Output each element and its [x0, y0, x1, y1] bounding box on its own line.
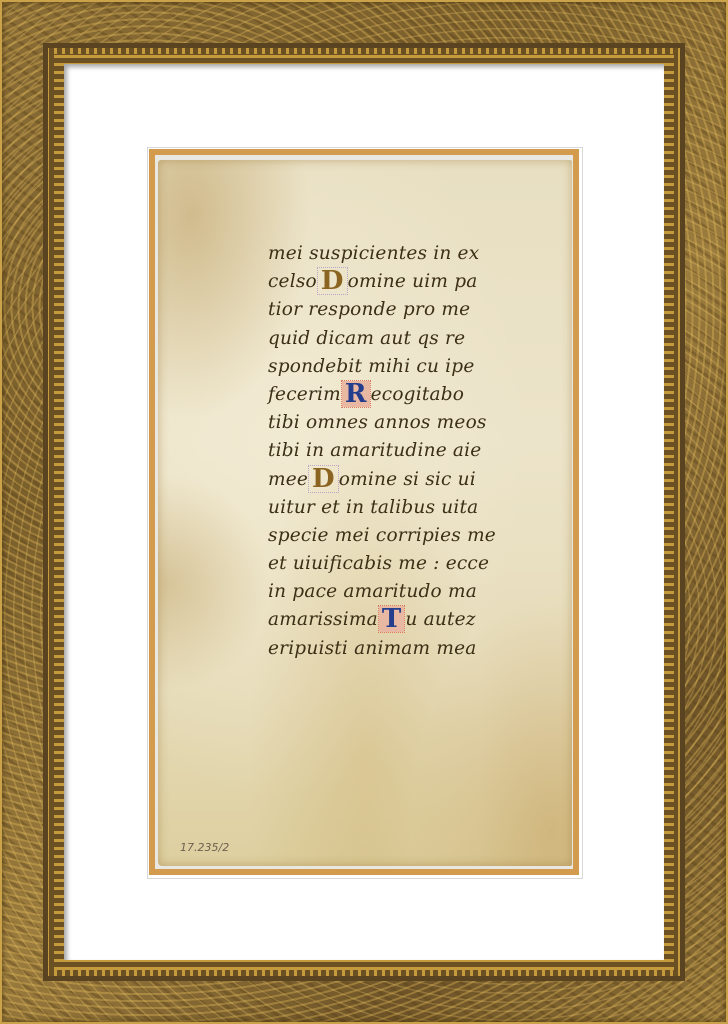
line-text-continued: omine uim pa	[348, 271, 478, 292]
manuscript-line: specie mei corripies me	[268, 522, 548, 550]
manuscript-line: meeDomine si sic ui	[268, 466, 548, 494]
line-text: uitur et in talibus uita	[268, 497, 478, 518]
manuscript-line: tibi in amaritudine aie	[268, 437, 548, 465]
manuscript-line: quid dicam aut qs re	[268, 325, 548, 353]
line-text-continued: ecogitabo	[371, 384, 464, 405]
line-text: tibi in amaritudine aie	[268, 440, 481, 461]
manuscript-line: amarissimaTu autez	[268, 606, 548, 634]
line-text-continued: u autez	[405, 609, 475, 630]
manuscript-text: mei suspicientes in excelsoDomine uim pa…	[268, 240, 548, 663]
manuscript-line: eripuisti animam mea	[268, 635, 548, 663]
line-text: et uiuificabis me : ecce	[268, 553, 489, 574]
manuscript-line: fecerimRecogitabo	[268, 381, 548, 409]
manuscript-line: celsoDomine uim pa	[268, 268, 548, 296]
illuminated-initial: R	[342, 381, 370, 407]
manuscript-line: uitur et in talibus uita	[268, 494, 548, 522]
line-text: celso	[268, 271, 317, 292]
line-text: fecerim	[268, 384, 341, 405]
line-text: specie mei corripies me	[268, 525, 496, 546]
line-text-continued: omine si sic ui	[339, 469, 476, 490]
line-text: mei suspicientes in ex	[268, 243, 479, 264]
line-text: tior responde pro me	[268, 299, 470, 320]
illuminated-initial: D	[309, 466, 338, 492]
manuscript-line: spondebit mihi cu ipe	[268, 353, 548, 381]
line-text: in pace amaritudo ma	[268, 581, 477, 602]
line-text: quid dicam aut qs re	[268, 328, 465, 349]
illuminated-initial: D	[318, 268, 347, 294]
line-text: mee	[268, 469, 308, 490]
line-text: tibi omnes annos meos	[268, 412, 487, 433]
manuscript-line: in pace amaritudo ma	[268, 578, 548, 606]
line-text: eripuisti animam mea	[268, 638, 477, 659]
manuscript-line: et uiuificabis me : ecce	[268, 550, 548, 578]
accession-number: 17.235/2	[180, 841, 229, 854]
line-text: amarissima	[268, 609, 378, 630]
manuscript-line: tibi omnes annos meos	[268, 409, 548, 437]
manuscript-line: mei suspicientes in ex	[268, 240, 548, 268]
line-text: spondebit mihi cu ipe	[268, 356, 475, 377]
manuscript-leaf: mei suspicientes in excelsoDomine uim pa…	[158, 160, 572, 866]
manuscript-line: tior responde pro me	[268, 296, 548, 324]
illuminated-initial: T	[379, 606, 405, 632]
